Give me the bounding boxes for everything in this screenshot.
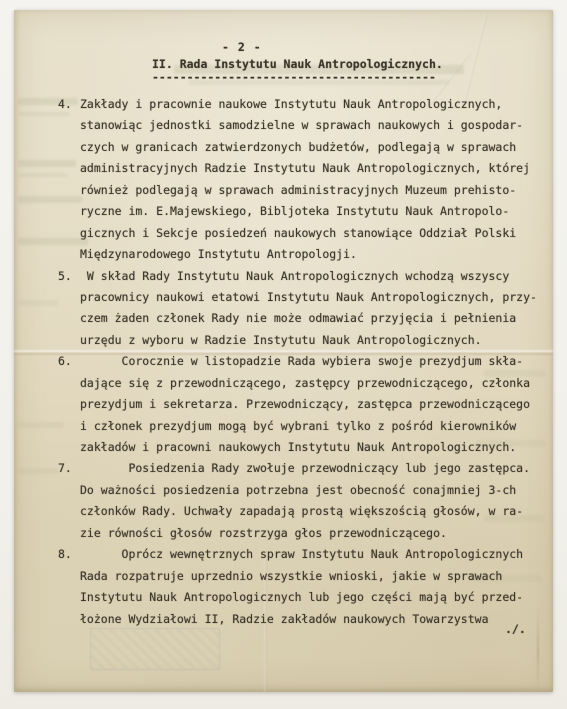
- line-text: prezydjum i sekretarza. Przewodniczący, …: [80, 397, 530, 411]
- paragraph-6: 6. Corocznie w listopadzie Rada wybiera …: [58, 351, 537, 458]
- paragraph-4: 4.Zakłady i pracownie naukowe Instytutu …: [58, 94, 537, 266]
- paragraph-number: 6.: [58, 351, 80, 372]
- text-line: również podlegają w sprawach administrac…: [58, 180, 537, 201]
- text-line: administracyjnych Radzie Instytutu Nauk …: [58, 158, 537, 179]
- text-line: urzędu z wyboru w Radzie Instytutu Nauk …: [58, 330, 537, 351]
- paragraph-8: 8. Oprócz wewnętrznych spraw Instytutu N…: [58, 544, 537, 630]
- text-line: prezydjum i sekretarza. Przewodniczący, …: [58, 394, 537, 415]
- line-text: pracownicy naukowi etatowi Instytutu Nau…: [80, 290, 537, 304]
- line-text: Międzynarodowego Instytutu Antropologji.: [80, 247, 357, 261]
- scanner-background: - 2 - II. Rada Instytutu Nauk Antropolog…: [0, 0, 567, 709]
- text-line: 7. Posiedzenia Rady zwołuje przewodniczą…: [58, 458, 537, 479]
- line-text: Zakłady i pracownie naukowe Instytutu Na…: [80, 97, 502, 111]
- bleedthrough-stamp: [90, 628, 220, 670]
- text-line: pracownicy naukowi etatowi Instytutu Nau…: [58, 287, 537, 308]
- line-text: Oprócz wewnętrznych spraw Instytutu Nauk…: [80, 547, 523, 561]
- text-line: Międzynarodowego Instytutu Antropologji.: [58, 244, 537, 265]
- paragraph-5: 5. W skład Rady Instytutu Nauk Antropolo…: [58, 266, 537, 352]
- line-text: dające się z przewodniczącego, zastępcy …: [80, 376, 530, 390]
- paragraph-number: 8.: [58, 544, 80, 565]
- text-line: 8. Oprócz wewnętrznych spraw Instytutu N…: [58, 544, 537, 565]
- line-text: również podlegają w sprawach administrac…: [80, 183, 516, 197]
- line-text: W skład Rady Instytutu Nauk Antropologic…: [80, 269, 509, 283]
- line-text: ryczne im. E.Majewskiego, Bibljoteka Ins…: [80, 204, 509, 218]
- bleedthrough-mark: [18, 468, 58, 474]
- text-line: stanowiąc jednostki samodzielne w sprawa…: [58, 115, 537, 136]
- line-text: Instytutu Nauk Antropologicznych lub jeg…: [80, 590, 523, 604]
- text-line: 6. Corocznie w listopadzie Rada wybiera …: [58, 351, 537, 372]
- title-underline: ----------------------------------------…: [152, 70, 436, 84]
- text-line: Rada rozpatruje uprzednio wszystkie wnio…: [58, 566, 537, 587]
- line-text: łożone Wydziałowi II, Radzie zakładów na…: [80, 612, 489, 626]
- document-body: 4.Zakłady i pracownie naukowe Instytutu …: [58, 94, 537, 630]
- paragraph-7: 7. Posiedzenia Rady zwołuje przewodniczą…: [58, 458, 537, 544]
- text-line: gicznych i Sekcje posiedzeń naukowych st…: [58, 223, 537, 244]
- text-line: Do ważności posiedzenia potrzebna jest o…: [58, 480, 537, 501]
- paragraph-number: 5.: [58, 266, 80, 287]
- line-text: czych w granicach zatwierdzonych budżetó…: [80, 140, 516, 154]
- text-line: Instytutu Nauk Antropologicznych lub jeg…: [58, 587, 537, 608]
- text-line: czem żaden członek Rady nie może odmawia…: [58, 308, 537, 329]
- line-text: i członek prezydjum mogą być wybrani tyl…: [80, 419, 516, 433]
- text-line: 5. W skład Rady Instytutu Nauk Antropolo…: [58, 266, 537, 287]
- line-text: zie równości głosów rozstrzyga głos prze…: [80, 526, 447, 540]
- line-text: Do ważności posiedzenia potrzebna jest o…: [80, 483, 516, 497]
- document-title: II. Rada Instytutu Nauk Antropologicznyc…: [152, 57, 443, 71]
- line-text: stanowiąc jednostki samodzielne w sprawa…: [80, 118, 523, 132]
- line-text: czem żaden członek Rady nie może odmawia…: [80, 311, 516, 325]
- text-line: czych w granicach zatwierdzonych budżetó…: [58, 137, 537, 158]
- text-line: łożone Wydziałowi II, Radzie zakładów na…: [58, 609, 537, 630]
- text-line: członków Rady. Uchwały zapadają prostą w…: [58, 501, 537, 522]
- text-line: zie równości głosów rozstrzyga głos prze…: [58, 523, 537, 544]
- continuation-mark: ./.: [505, 622, 526, 636]
- text-line: ryczne im. E.Majewskiego, Bibljoteka Ins…: [58, 201, 537, 222]
- line-text: Rada rozpatruje uprzednio wszystkie wnio…: [80, 569, 502, 583]
- page-number: - 2 -: [222, 40, 262, 54]
- line-text: zakładów i pracowni naukowych Instytutu …: [80, 440, 516, 454]
- text-line: zakładów i pracowni naukowych Instytutu …: [58, 437, 537, 458]
- text-line: 4.Zakłady i pracownie naukowe Instytutu …: [58, 94, 537, 115]
- line-text: członków Rady. Uchwały zapadają prostą w…: [80, 504, 523, 518]
- line-text: urzędu z wyboru w Radzie Instytutu Nauk …: [80, 333, 482, 347]
- text-line: i członek prezydjum mogą być wybrani tyl…: [58, 416, 537, 437]
- text-line: dające się z przewodniczącego, zastępcy …: [58, 373, 537, 394]
- line-text: administracyjnych Radzie Instytutu Nauk …: [80, 161, 530, 175]
- paragraph-number: 7.: [58, 458, 80, 479]
- paper-curl-mark: [537, 605, 539, 695]
- line-text: gicznych i Sekcje posiedzeń naukowych st…: [80, 226, 516, 240]
- document-page: - 2 - II. Rada Instytutu Nauk Antropolog…: [14, 10, 553, 692]
- paragraph-number: 4.: [58, 94, 80, 115]
- bleedthrough-mark: [18, 300, 58, 306]
- line-text: Posiedzenia Rady zwołuje przewodniczący …: [80, 461, 530, 475]
- line-text: Corocznie w listopadzie Rada wybiera swo…: [80, 354, 523, 368]
